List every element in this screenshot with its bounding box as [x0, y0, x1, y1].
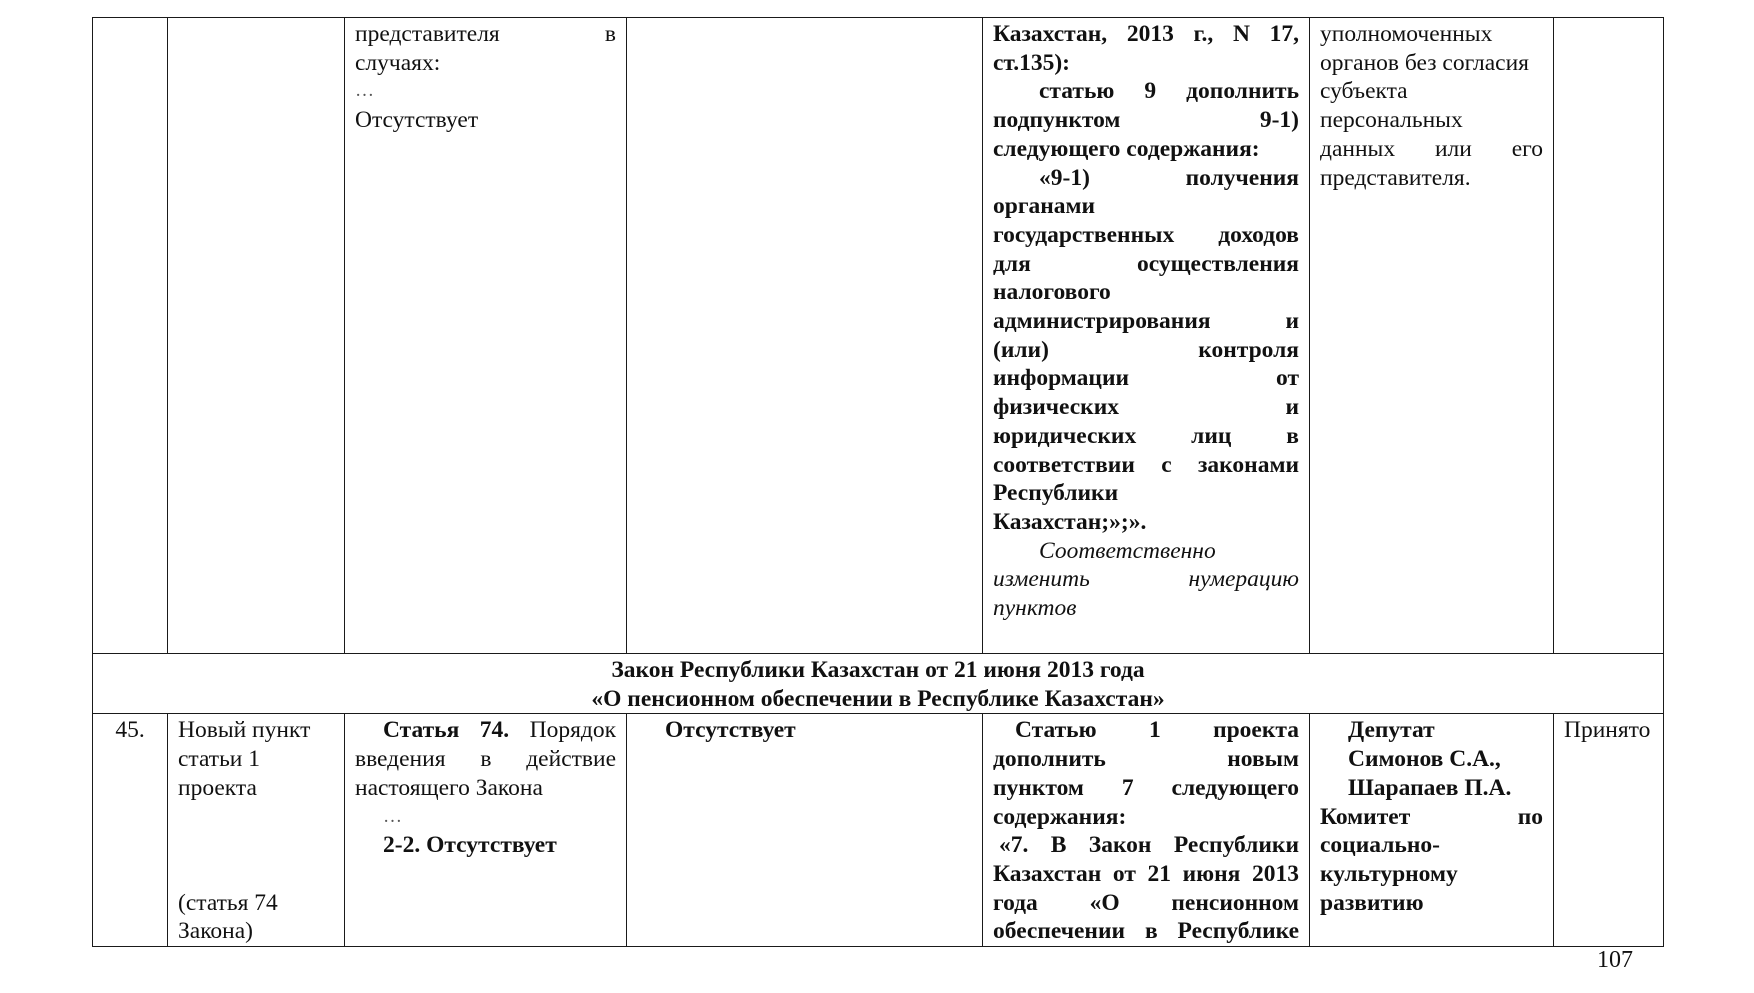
amendment-text: Статью 1 проектадополнить новымпунктом 7…: [993, 716, 1299, 946]
amendment-note-line: изменить нумерацию: [993, 565, 1299, 594]
amendment-line: пунктом 7 следующего: [993, 774, 1299, 803]
table-row-continuation: представителя в случаях: … Отсутствует К…: [93, 18, 1664, 654]
point-text: 2-2. Отсутствует: [355, 831, 616, 860]
justification-line: представителя.: [1320, 164, 1543, 193]
amendment-line: Статью 1 проекта: [993, 716, 1299, 745]
cell-author: Депутат Симонов С.А., Шарапаев П.А. Коми…: [1310, 714, 1554, 947]
justification-line: органов без согласия: [1320, 49, 1543, 78]
document-page: представителя в случаях: … Отсутствует К…: [0, 0, 1754, 993]
article-heading: Статья 74. Порядок: [355, 716, 616, 745]
author-line: Комитет по: [1320, 803, 1543, 832]
amendment-line: Казахстан от 21 июня 2013: [993, 860, 1299, 889]
subject-reference: Закона): [178, 917, 334, 946]
amendment-line: юридических лиц в: [993, 422, 1299, 451]
section-title-line2: «О пенсионном обеспечении в Республике К…: [103, 685, 1653, 714]
amendments-table: представителя в случаях: … Отсутствует К…: [92, 17, 1664, 947]
amendment-line: налогового: [993, 278, 1299, 307]
cell-subject: [168, 18, 345, 654]
subject-line: проекта: [178, 774, 334, 803]
text-line: настоящего Закона: [355, 774, 616, 803]
amendment-text: Казахстан, 2013 г., N 17,ст.135):статью …: [993, 20, 1299, 623]
cell-amendment: Казахстан, 2013 г., N 17,ст.135):статью …: [983, 18, 1310, 654]
subject-line: Новый пункт: [178, 716, 334, 745]
amendment-line: Казахстан, 2013 г., N 17,: [993, 20, 1299, 49]
amendment-line: подпунктом 9-1): [993, 106, 1299, 135]
ellipsis: …: [355, 77, 616, 106]
justification-text: уполномоченныхорганов без согласиясубъек…: [1320, 20, 1543, 192]
text-line: случаях:: [355, 49, 616, 78]
cell-number: 45.: [93, 714, 168, 947]
section-header: Закон Республики Казахстан от 21 июня 20…: [93, 654, 1664, 714]
amendment-line: администрирования и: [993, 307, 1299, 336]
author-line: культурному: [1320, 860, 1543, 889]
amendment-line: ст.135):: [993, 49, 1299, 78]
amendment-line: следующего содержания:: [993, 135, 1299, 164]
page-number: 107: [1597, 947, 1633, 974]
amendment-line: физических и: [993, 393, 1299, 422]
justification-line: данных или его: [1320, 135, 1543, 164]
amendment-note-line: пунктов: [993, 594, 1299, 623]
amendment-line: Казахстан;»;».: [993, 508, 1299, 537]
amendment-line: Республики: [993, 479, 1299, 508]
amendment-line: соответствии с законами: [993, 451, 1299, 480]
author-line: социально-: [1320, 831, 1543, 860]
cell-current-text: представителя в случаях: … Отсутствует: [345, 18, 627, 654]
section-title-line1: Закон Республики Казахстан от 21 июня 20…: [103, 656, 1653, 685]
cell-justification: уполномоченныхорганов без согласиясубъек…: [1310, 18, 1554, 654]
author-line: Симонов С.А.,: [1320, 745, 1543, 774]
amendment-line: «9-1) получения: [993, 164, 1299, 193]
author-line: развитию: [1320, 889, 1543, 918]
amendment-line: информации от: [993, 364, 1299, 393]
amendment-line: года «О пенсионном: [993, 889, 1299, 918]
cell-decision: Принято: [1554, 714, 1664, 947]
ellipsis: …: [355, 803, 616, 832]
amendment-line: содержания:: [993, 803, 1299, 832]
amendment-line: «7. В Закон Республики: [993, 831, 1299, 860]
absent-text: Отсутствует: [355, 106, 616, 135]
author-line: Депутат: [1320, 716, 1543, 745]
amendment-line: государственных доходов: [993, 221, 1299, 250]
amendment-line: (или) контроля: [993, 336, 1299, 365]
amendment-line: для осуществления: [993, 250, 1299, 279]
amendment-note-line: Соответственно: [993, 537, 1299, 566]
cell-amendment: Статью 1 проектадополнить новымпунктом 7…: [983, 714, 1310, 947]
cell-proposed-text: Отсутствует: [627, 714, 983, 947]
cell-proposed-text: [627, 18, 983, 654]
amendment-line: обеспечении в Республике: [993, 917, 1299, 946]
table-row-45: 45. Новый пункт статьи 1 проекта (статья…: [93, 714, 1664, 947]
justification-line: персональных: [1320, 106, 1543, 135]
cell-decision: [1554, 18, 1664, 654]
amendment-line: дополнить новым: [993, 745, 1299, 774]
subject-reference: (статья 74: [178, 889, 334, 918]
cell-current-text: Статья 74. Порядок введения в действие н…: [345, 714, 627, 947]
amendment-line: статью 9 дополнить: [993, 77, 1299, 106]
amendment-line: органами: [993, 192, 1299, 221]
cell-number: [93, 18, 168, 654]
text-line: введения в действие: [355, 745, 616, 774]
justification-line: уполномоченных: [1320, 20, 1543, 49]
section-header-row: Закон Республики Казахстан от 21 июня 20…: [93, 654, 1664, 714]
justification-line: субъекта: [1320, 77, 1543, 106]
author-line: Шарапаев П.А.: [1320, 774, 1543, 803]
proposed-text: Отсутствует: [637, 716, 972, 745]
subject-line: статьи 1: [178, 745, 334, 774]
text-line: представителя в: [355, 20, 616, 49]
cell-subject: Новый пункт статьи 1 проекта (статья 74 …: [168, 714, 345, 947]
